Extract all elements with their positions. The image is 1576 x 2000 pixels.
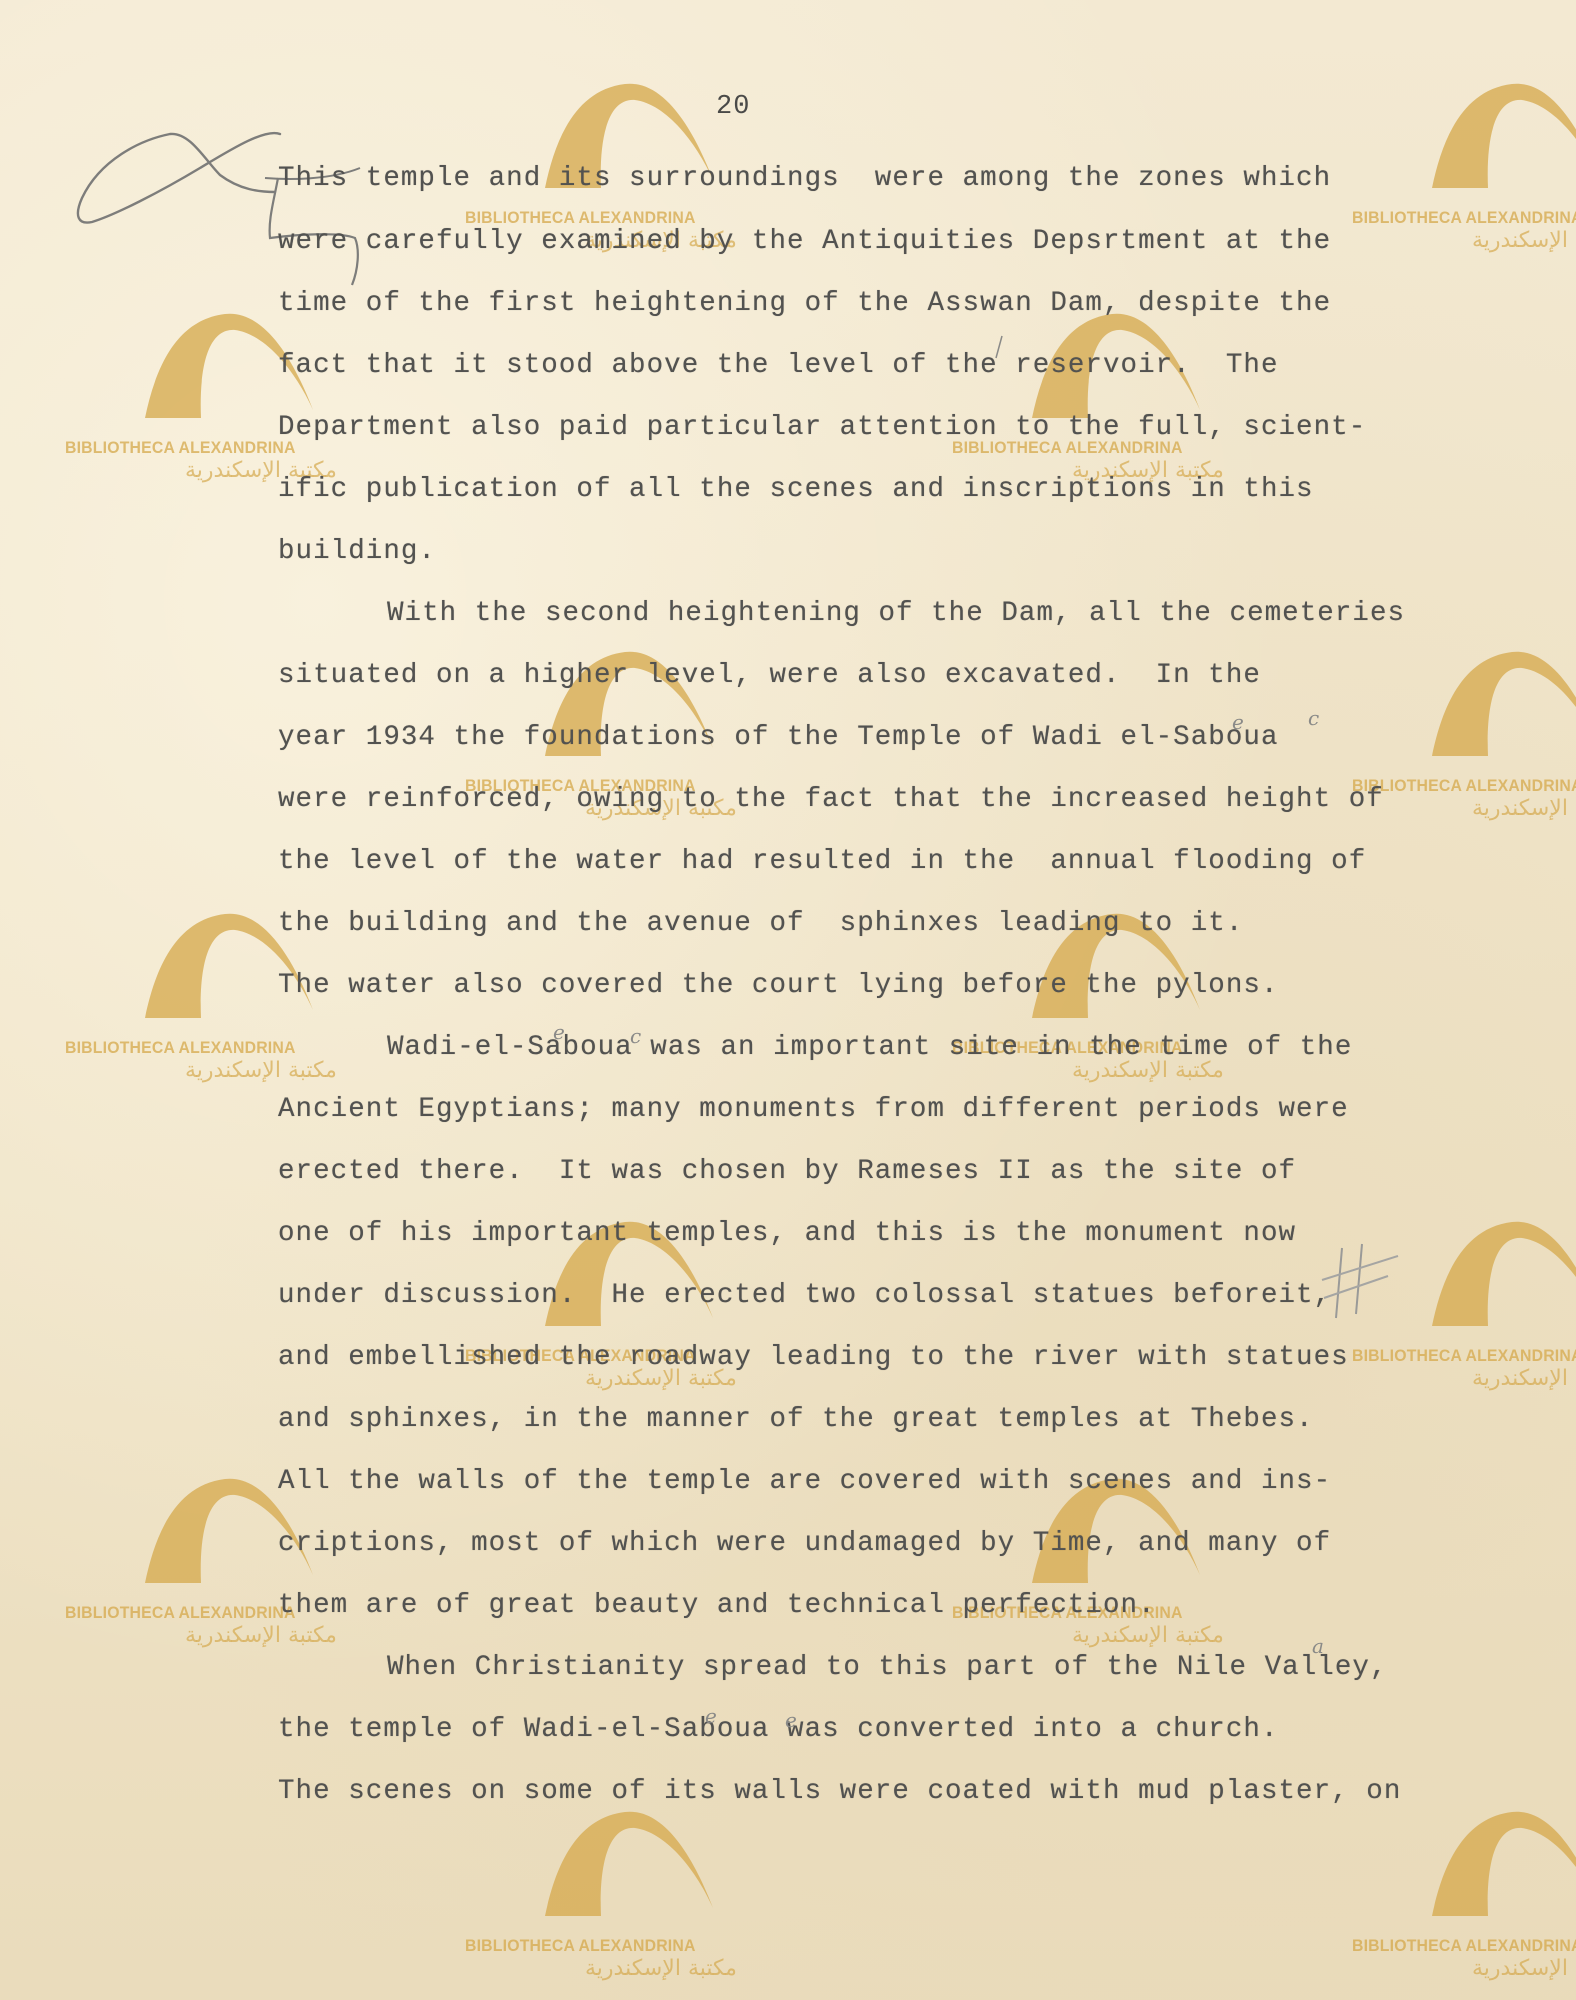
text-line: the level of the water had resulted in t…	[278, 845, 1366, 879]
text-line: fact that it stood above the level of th…	[278, 349, 1279, 383]
watermark-text-ar: مكتبة الإسكندرية	[585, 1956, 737, 1981]
text-line: All the walls of the temple are covered …	[278, 1465, 1331, 1499]
watermark-text-en: BIBLIOTHECA ALEXANDRINA	[1352, 1346, 1576, 1366]
watermark-text-en: BIBLIOTHECA ALEXANDRINA	[1352, 208, 1576, 228]
text-line: criptions, most of which were undamaged …	[278, 1527, 1331, 1561]
watermark-text-ar: مكتبة الإسكندرية	[1072, 1623, 1224, 1648]
text-line: year 1934 the foundations of the Temple …	[278, 721, 1279, 755]
text-line: and sphinxes, in the manner of the great…	[278, 1403, 1314, 1437]
watermark-text-ar: مكتبة الإسكندرية	[1472, 228, 1576, 253]
text-line: were carefully examined by the Antiquiti…	[278, 225, 1331, 259]
arch-logo-icon	[1432, 1218, 1576, 1328]
scanned-typewritten-page: 20 BIBLIOTHECA ALEXANDRINAمكتبة الإسكندر…	[0, 0, 1576, 2000]
watermark: BIBLIOTHECA ALEXANDRINAمكتبة الإسكندرية	[1352, 80, 1576, 270]
text-line: The scenes on some of its walls were coa…	[278, 1775, 1401, 1809]
watermark-text-ar: مكتبة الإسكندرية	[185, 1623, 337, 1648]
handwritten-annotation: e	[705, 1704, 717, 1728]
arch-logo-icon	[1432, 80, 1576, 190]
watermark-text-en: BIBLIOTHECA ALEXANDRINA	[65, 1038, 296, 1058]
text-line: building.	[278, 535, 436, 569]
text-line: time of the first heightening of the Ass…	[278, 287, 1331, 321]
watermark-text-en: BIBLIOTHECA ALEXANDRINA	[465, 1936, 696, 1956]
arch-logo-icon	[545, 1808, 715, 1918]
watermark: BIBLIOTHECA ALEXANDRINAمكتبة الإسكندرية	[65, 1475, 365, 1665]
text-line: were reinforced, owing to the fact that …	[278, 783, 1384, 817]
text-line: erected there. It was chosen by Rameses …	[278, 1155, 1296, 1189]
watermark-text-ar: مكتبة الإسكندرية	[185, 1058, 337, 1083]
text-line: When Christianity spread to this part of…	[387, 1651, 1388, 1685]
watermark-text-ar: مكتبة الإسكندرية	[1472, 1366, 1576, 1391]
handwritten-annotation: c	[630, 1024, 641, 1048]
text-line: With the second heightening of the Dam, …	[387, 597, 1405, 631]
handwritten-annotation: a	[1312, 1634, 1324, 1658]
text-line: The water also covered the court lying b…	[278, 969, 1279, 1003]
handwritten-annotation: e	[785, 1708, 797, 1732]
text-line: Wadi-el-Saboua was an important site in …	[387, 1031, 1352, 1065]
watermark: BIBLIOTHECA ALEXANDRINAمكتبة الإسكندرية	[952, 1475, 1252, 1665]
pencil-insertion-mark	[60, 120, 380, 300]
text-line: them are of great beauty and technical p…	[278, 1589, 1156, 1623]
text-line: the temple of Wadi-el-Saboua was convert…	[278, 1713, 1279, 1747]
watermark-text-en: BIBLIOTHECA ALEXANDRINA	[65, 438, 296, 458]
watermark-text-en: BIBLIOTHECA ALEXANDRINA	[1352, 776, 1576, 796]
watermark: BIBLIOTHECA ALEXANDRINAمكتبة الإسكندرية	[1352, 1218, 1576, 1408]
watermark: BIBLIOTHECA ALEXANDRINAمكتبة الإسكندرية	[1352, 1808, 1576, 1998]
text-line: This temple and its surroundings were am…	[278, 162, 1331, 196]
text-line: situated on a higher level, were also ex…	[278, 659, 1261, 693]
watermark-text-ar: مكتبة الإسكندرية	[1472, 796, 1576, 821]
page-number: 20	[716, 92, 750, 122]
text-line: Ancient Egyptians; many monuments from d…	[278, 1093, 1349, 1127]
handwritten-annotation: c	[1308, 706, 1319, 730]
text-line: ific publication of all the scenes and i…	[278, 473, 1314, 507]
watermark-text-en: BIBLIOTHECA ALEXANDRINA	[65, 1603, 296, 1623]
text-line: Department also paid particular attentio…	[278, 411, 1366, 445]
text-line: under discussion. He erected two colossa…	[278, 1279, 1331, 1313]
handwritten-annotation: e	[1232, 710, 1244, 734]
watermark: BIBLIOTHECA ALEXANDRINAمكتبة الإسكندرية	[952, 310, 1252, 500]
arch-logo-icon	[1432, 1808, 1576, 1918]
watermark-text-en: BIBLIOTHECA ALEXANDRINA	[1352, 1936, 1576, 1956]
arch-logo-icon	[1432, 648, 1576, 758]
pencil-space-mark	[1318, 1240, 1408, 1330]
text-line: the building and the avenue of sphinxes …	[278, 907, 1243, 941]
text-line: and embellished the roadway leading to t…	[278, 1341, 1349, 1375]
watermark: BIBLIOTHECA ALEXANDRINAمكتبة الإسكندرية	[465, 1808, 765, 1998]
watermark-text-ar: مكتبة الإسكندرية	[1472, 1956, 1576, 1981]
watermark: BIBLIOTHECA ALEXANDRINAمكتبة الإسكندرية	[1352, 648, 1576, 838]
text-line: one of his important temples, and this i…	[278, 1217, 1296, 1251]
watermark: BIBLIOTHECA ALEXANDRINAمكتبة الإسكندرية	[65, 310, 365, 500]
handwritten-annotation: e	[553, 1020, 565, 1044]
